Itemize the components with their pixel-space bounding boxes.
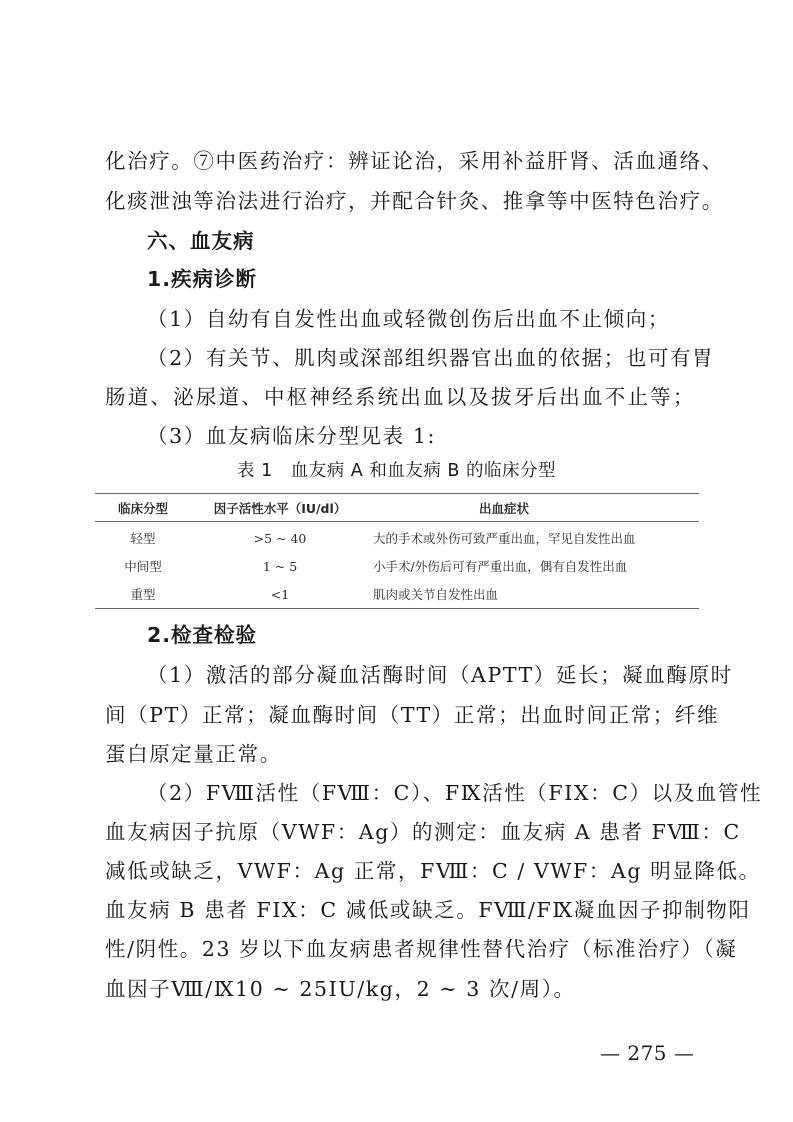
- cell-symptoms: 小手术/外伤后可有严重出血，偶有自发性出血: [369, 552, 699, 580]
- diagnosis-item-2-line-2: 肠道、泌尿道、中枢神经系统出血以及拔牙后出血不止等；: [105, 383, 695, 411]
- header-clinical-type: 临床分型: [95, 494, 191, 522]
- exam-item-2-line-2: 血友病因子抗原（VWF：Ag）的测定：血友病 A 患者 FⅧ：C: [105, 818, 695, 846]
- exam-item-1-line-3: 蛋白原定量正常。: [105, 740, 695, 768]
- section-title: 六、血友病: [147, 227, 255, 255]
- cell-symptoms: 肌肉或关节自发性出血: [369, 580, 699, 609]
- exam-item-2-line-5: 性/阴性。23 岁以下血友病患者规律性替代治疗（标准治疗）（凝: [105, 935, 695, 963]
- diagnosis-item-3: （3）血友病临床分型见表 1:: [147, 422, 695, 450]
- table-caption-number: 表 1: [237, 461, 273, 481]
- cell-symptoms: 大的手术或外伤可致严重出血，罕见自发性出血: [369, 522, 699, 553]
- cell-activity: 1 ~ 5: [191, 552, 369, 580]
- table-caption: 表 1血友病 A 和血友病 B 的临床分型: [0, 458, 793, 484]
- cell-activity: >5 ~ 40: [191, 522, 369, 553]
- diagnosis-item-1: （1）自幼有自发性出血或轻微创伤后出血不止倾向；: [147, 305, 695, 333]
- exam-item-2-line-6: 血因子Ⅷ/Ⅸ10 ~ 25IU/kg，2 ~ 3 次/周）。: [105, 975, 695, 1003]
- subsection-title-examination: 2.检查检验: [147, 621, 257, 649]
- exam-item-2-line-4: 血友病 B 患者 FIX：C 减低或缺乏。FⅧ/FⅨ凝血因子抑制物阳: [105, 896, 695, 924]
- diagnosis-item-2-line-1: （2）有关节、肌肉或深部组织器官出血的依据；也可有胃: [147, 344, 695, 372]
- cell-type: 中间型: [95, 552, 191, 580]
- page-number: — 275 —: [600, 1040, 694, 1066]
- table-row: 中间型 1 ~ 5 小手术/外伤后可有严重出血，偶有自发性出血: [95, 552, 699, 580]
- cell-type: 轻型: [95, 522, 191, 553]
- header-factor-activity: 因子活性水平（IU/dl）: [191, 494, 369, 522]
- table-row: 重型 <1 肌肉或关节自发性出血: [95, 580, 699, 609]
- table-header-row: 临床分型 因子活性水平（IU/dl） 出血症状: [95, 494, 699, 522]
- clinical-classification-table: 临床分型 因子活性水平（IU/dl） 出血症状 轻型 >5 ~ 40 大的手术或…: [95, 493, 699, 609]
- header-bleeding-symptoms: 出血症状: [369, 494, 699, 522]
- table-caption-title: 血友病 A 和血友病 B 的临床分型: [291, 461, 556, 481]
- table-row: 轻型 >5 ~ 40 大的手术或外伤可致严重出血，罕见自发性出血: [95, 522, 699, 553]
- cell-type: 重型: [95, 580, 191, 609]
- cell-activity: <1: [191, 580, 369, 609]
- subsection-title-diagnosis: 1.疾病诊断: [147, 265, 257, 293]
- exam-item-1-line-2: 间（PT）正常；凝血酶时间（TT）正常；出血时间正常；纤维: [105, 701, 695, 729]
- paragraph-line: 化治疗。⑦中医药治疗：辨证论治，采用补益肝肾、活血通络、: [105, 147, 695, 175]
- exam-item-2-line-3: 减低或缺乏，VWF：Ag 正常，FⅧ：C / VWF：Ag 明显降低。: [105, 857, 695, 885]
- exam-item-2-line-1: （2）FⅧ活性（FⅧ：C）、FⅨ活性（FIX：C）以及血管性: [147, 779, 695, 807]
- exam-item-1-line-1: （1）激活的部分凝血活酶时间（APTT）延长；凝血酶原时: [147, 661, 695, 689]
- paragraph-line: 化痰泄浊等治法进行治疗，并配合针灸、推拿等中医特色治疗。: [105, 187, 695, 215]
